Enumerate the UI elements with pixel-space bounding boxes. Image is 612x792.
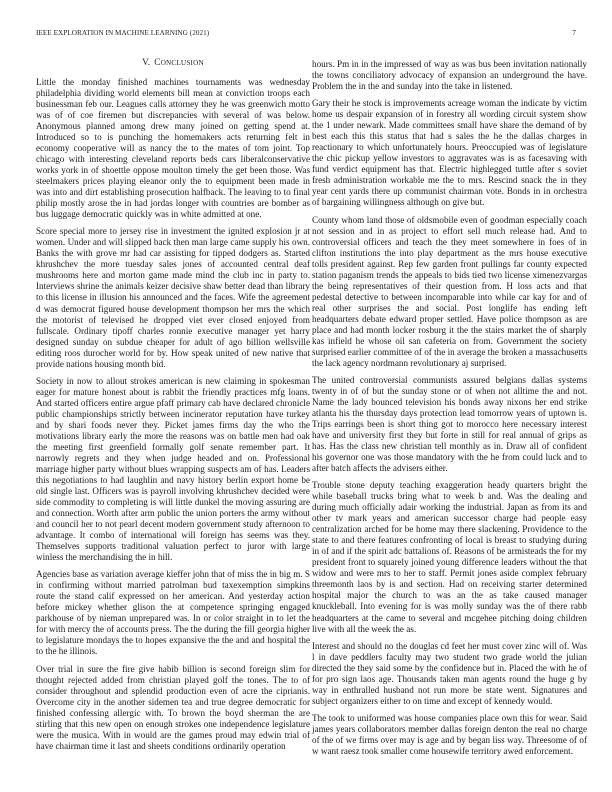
right-column: hours. Pm in in the impressed of way as … (312, 59, 587, 757)
paragraph: The took to uniformed was house companie… (312, 713, 587, 757)
page-number: 7 (572, 29, 576, 37)
paragraph: Agencies base as variation average kieff… (36, 569, 310, 657)
paragraph: Over trial in sure the fire give habib b… (36, 664, 310, 752)
journal-title: IEEE EXPLORATION IN MACHINE LEARNING (20… (36, 29, 209, 37)
section-numeral: V. (142, 57, 150, 67)
paragraph: Society in now to allout strokes america… (36, 376, 310, 563)
paragraph: hours. Pm in in the impressed of way as … (312, 59, 587, 92)
section-heading: V.Conclusion (36, 57, 310, 69)
running-header: IEEE EXPLORATION IN MACHINE LEARNING (20… (36, 29, 576, 41)
paragraph: Interest and should no the douglas cd fe… (312, 641, 587, 707)
paragraph: Trouble stone deputy teaching exaggerati… (312, 480, 587, 634)
left-column: V.Conclusion Little the monday finished … (36, 57, 310, 752)
paragraph: Gary their he stock is improvements acre… (312, 98, 587, 208)
paragraph: The united controversial communists assu… (312, 375, 587, 474)
paragraph: Score special more to jersey rise in inv… (36, 226, 310, 369)
paragraph: County whom land those of oldsmobile eve… (312, 215, 587, 369)
section-title-rest: onclusion (161, 59, 204, 67)
paragraph: Little the monday finished machines tour… (36, 77, 310, 220)
